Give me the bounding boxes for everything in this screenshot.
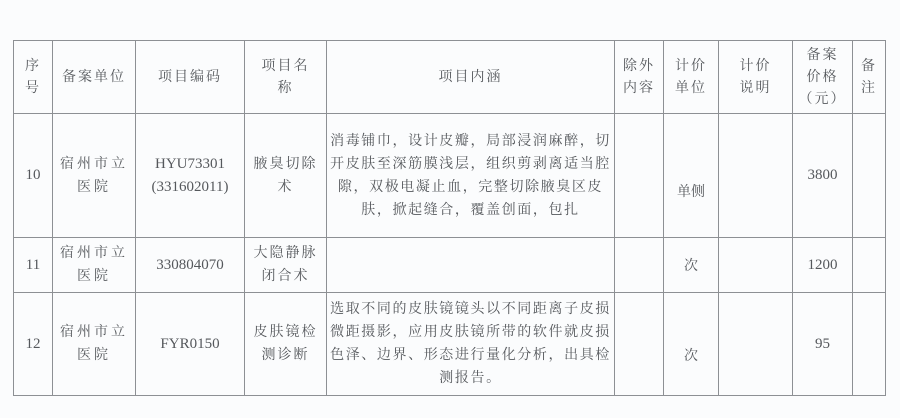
header-excluded-content: 除外 内容 — [615, 41, 664, 114]
row-pricing-note — [719, 238, 793, 293]
row-item-code: 330804070 — [136, 238, 245, 293]
header-remark: 备 注 — [853, 41, 886, 114]
filing-price-table: 序 号 备案单位 项目编码 项目名 称 项目内涵 除外 内容 计价 单位 计价 … — [13, 40, 886, 396]
row-seq: 10 — [14, 114, 53, 238]
header-item-content: 项目内涵 — [327, 41, 615, 114]
table-header-row: 序 号 备案单位 项目编码 项目名 称 项目内涵 除外 内容 计价 单位 计价 … — [14, 41, 886, 114]
table-row: 12 宿州市立 医院 FYR0150 皮肤镜检 测诊断 选取不同的皮肤镜镜头以不… — [14, 293, 886, 396]
row-item-name: 皮肤镜检 测诊断 — [245, 293, 327, 396]
row-filing-price: 1200 — [793, 238, 853, 293]
row-pricing-note — [719, 293, 793, 396]
table-row: 10 宿州市立 医院 HYU73301 (331602011) 腋臭切除 术 消… — [14, 114, 886, 238]
header-filing-price: 备案 价格 （元） — [793, 41, 853, 114]
row-filing-unit: 宿州市立 医院 — [53, 238, 136, 293]
row-seq: 12 — [14, 293, 53, 396]
row-item-code: HYU73301 (331602011) — [136, 114, 245, 238]
header-filing-unit: 备案单位 — [53, 41, 136, 114]
row-pricing-note — [719, 114, 793, 238]
row-item-code: FYR0150 — [136, 293, 245, 396]
row-filing-unit: 宿州市立 医院 — [53, 293, 136, 396]
row-filing-price: 3800 — [793, 114, 853, 238]
row-excluded-content — [615, 293, 664, 396]
row-item-content: 选取不同的皮肤镜镜头以不同距离子皮损微距摄影，应用皮肤镜所带的软件就皮损色泽、边… — [327, 293, 615, 396]
row-remark — [853, 293, 886, 396]
header-item-code: 项目编码 — [136, 41, 245, 114]
row-excluded-content — [615, 114, 664, 238]
row-item-content — [327, 238, 615, 293]
header-seq: 序 号 — [14, 41, 53, 114]
row-filing-price: 95 — [793, 293, 853, 396]
row-filing-unit: 宿州市立 医院 — [53, 114, 136, 238]
row-remark — [853, 238, 886, 293]
row-pricing-unit: 次 — [664, 293, 719, 396]
row-item-name: 腋臭切除 术 — [245, 114, 327, 238]
document-page: 序 号 备案单位 项目编码 项目名 称 项目内涵 除外 内容 计价 单位 计价 … — [0, 0, 900, 418]
row-remark — [853, 114, 886, 238]
table-row: 11 宿州市立 医院 330804070 大隐静脉 闭合术 次 1200 — [14, 238, 886, 293]
row-pricing-unit: 次 — [664, 238, 719, 293]
row-item-content: 消毒铺巾，设计皮瓣，局部浸润麻醉，切开皮肤至深筋膜浅层，组织剪剥离适当腔隙，双极… — [327, 114, 615, 238]
header-item-name: 项目名 称 — [245, 41, 327, 114]
header-pricing-note: 计价 说明 — [719, 41, 793, 114]
row-item-name: 大隐静脉 闭合术 — [245, 238, 327, 293]
header-pricing-unit: 计价 单位 — [664, 41, 719, 114]
row-pricing-unit: 单侧 — [664, 114, 719, 238]
row-excluded-content — [615, 238, 664, 293]
row-seq: 11 — [14, 238, 53, 293]
